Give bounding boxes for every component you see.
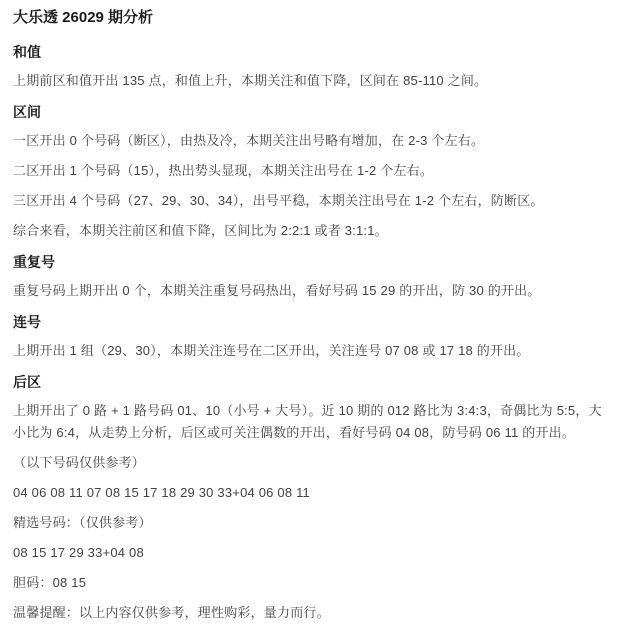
reference-note: （以下号码仅供参考） xyxy=(13,452,613,474)
zone1-paragraph: 一区开出 0 个号码（断区），由热及冷，本期关注出号略有增加，在 2-3 个左右… xyxy=(13,130,613,152)
bold-codes: 胆码：08 15 xyxy=(13,572,613,594)
section-heading-sum-value: 和值 xyxy=(13,42,613,62)
repeat-numbers-paragraph: 重复号码上期开出 0 个，本期关注重复号码热出，看好号码 15 29 的开出，防… xyxy=(13,280,613,302)
back-area-paragraph: 上期开出了 0 路 + 1 路号码 01、10（小号 + 大号）。近 10 期的… xyxy=(13,400,613,444)
consecutive-numbers-paragraph: 上期开出 1 组（29、30），本期关注连号在二区开出，关注连号 07 08 或… xyxy=(13,340,613,362)
section-heading-back-area: 后区 xyxy=(13,372,613,392)
lottery-analysis-article: { "article": { "title": "大乐透 26029 期分析",… xyxy=(0,0,626,637)
zones-summary-paragraph: 综合来看，本期关注前区和值下降，区间比为 2:2:1 或者 3:1:1。 xyxy=(13,220,613,242)
zone2-paragraph: 二区开出 1 个号码（15），热出势头显现，本期关注出号在 1-2 个左右。 xyxy=(13,160,613,182)
selected-numbers-label: 精选号码：（仅供参考） xyxy=(13,512,613,534)
disclaimer: 温馨提醒：以上内容仅供参考，理性购彩，量力而行。 xyxy=(13,602,613,624)
recommended-numbers: 04 06 08 11 07 08 15 17 18 29 30 33+04 0… xyxy=(13,482,613,504)
selected-numbers: 08 15 17 29 33+04 08 xyxy=(13,542,613,564)
page-title: 大乐透 26029 期分析 xyxy=(13,6,613,30)
sum-value-paragraph: 上期前区和值开出 135 点，和值上升，本期关注和值下降，区间在 85-110 … xyxy=(13,70,613,92)
section-heading-repeat-numbers: 重复号 xyxy=(13,252,613,272)
section-heading-consecutive-numbers: 连号 xyxy=(13,312,613,332)
section-heading-zones: 区间 xyxy=(13,102,613,122)
zone3-paragraph: 三区开出 4 个号码（27、29、30、34），出号平稳，本期关注出号在 1-2… xyxy=(13,190,613,212)
